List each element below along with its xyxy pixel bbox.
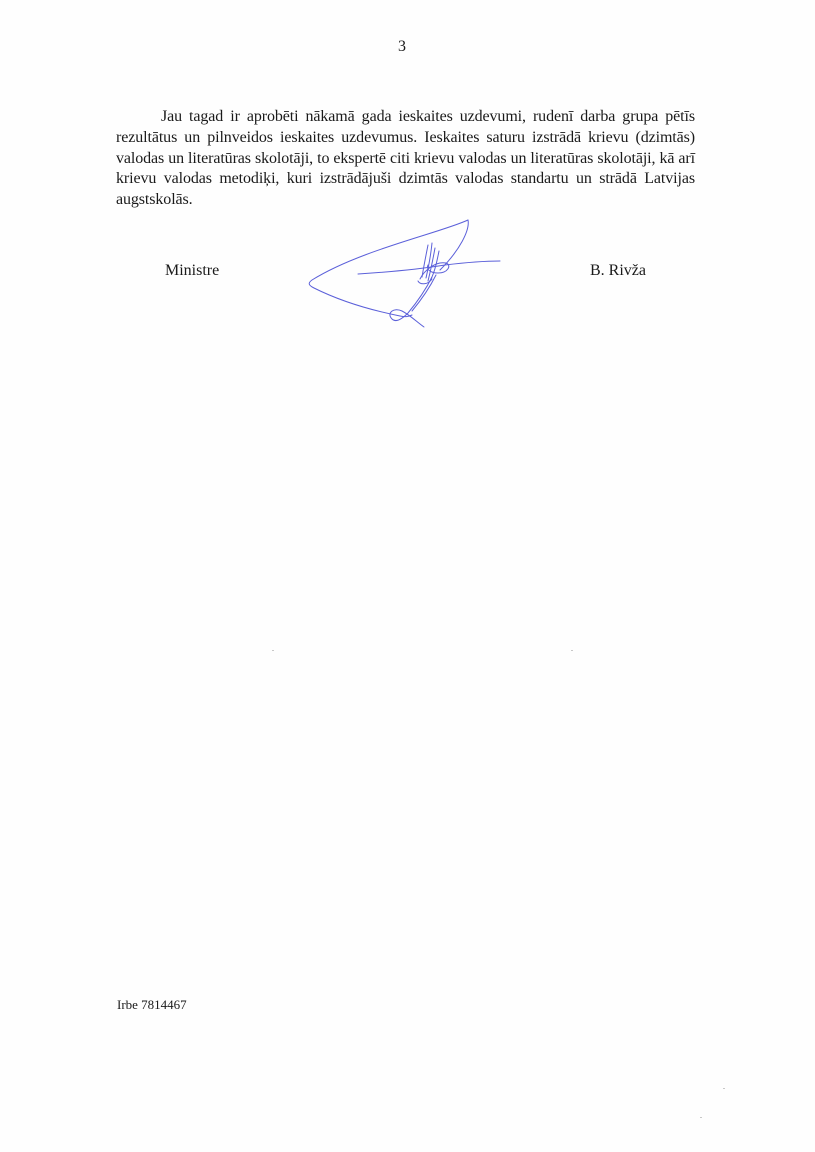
body-paragraph: Jau tagad ir aprobēti nākamā gada ieskai… <box>116 107 695 211</box>
scan-speck <box>700 1117 702 1118</box>
document-page: 3 Jau tagad ir aprobēti nākamā gada iesk… <box>0 0 815 1152</box>
scan-speck <box>723 1088 725 1089</box>
scan-speck <box>571 650 573 651</box>
handwritten-signature-icon <box>300 215 510 340</box>
signatory-name: B. Rivža <box>590 261 646 281</box>
page-number: 3 <box>398 37 406 57</box>
footer-contact: Irbe 7814467 <box>117 997 187 1013</box>
scan-speck <box>272 650 274 651</box>
signatory-title: Ministre <box>165 261 219 281</box>
